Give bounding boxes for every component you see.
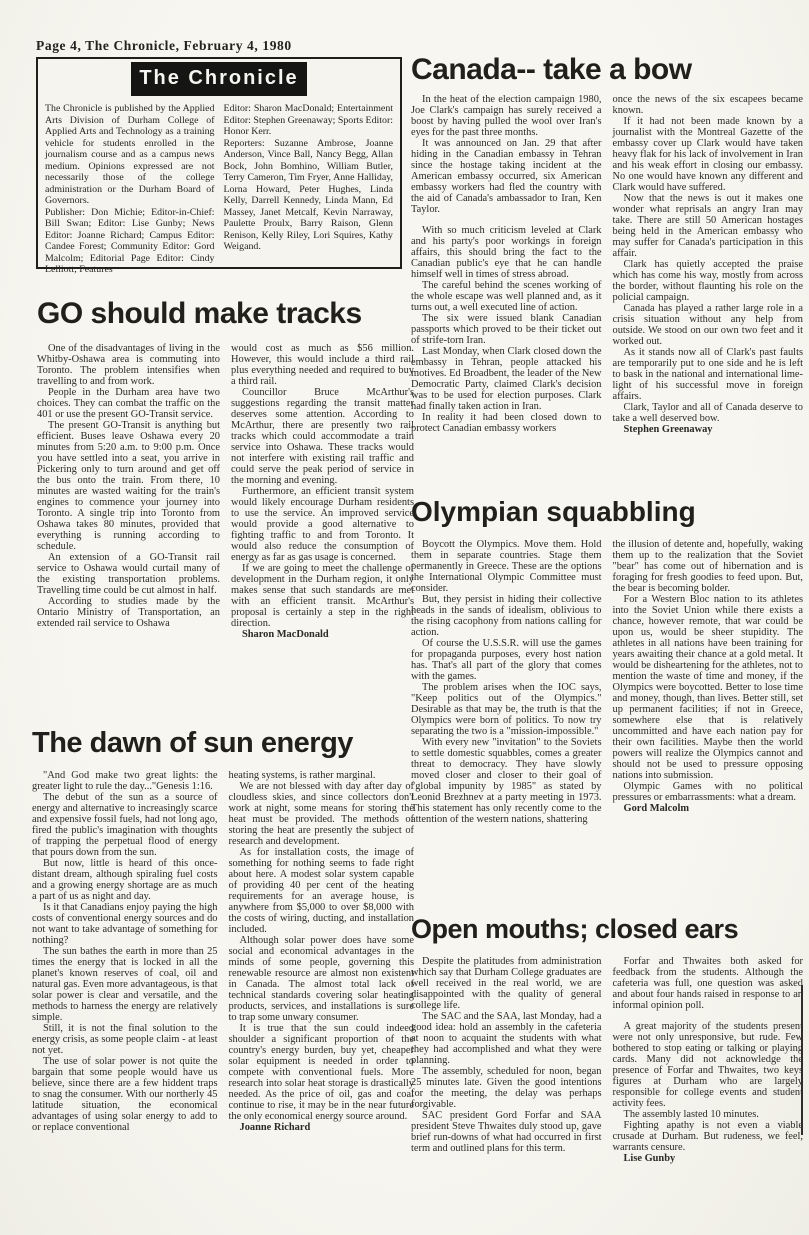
newspaper-page: Page 4, The Chronicle, February 4, 1980 … [0, 0, 809, 1235]
article-title: The dawn of sun energy [32, 729, 414, 758]
article-column-1: Despite the platitudes from administrati… [411, 956, 602, 1164]
paragraph: As it stands now all of Clark's past fau… [613, 347, 804, 402]
paragraph: Olympic Games with no political pressure… [613, 781, 804, 803]
paragraph: Reporters: Suzanne Ambrose, Joanne Ander… [224, 138, 394, 253]
paragraph: Forfar and Thwaites both asked for feedb… [613, 956, 804, 1011]
article-column-1: "And God make two great lights: the grea… [32, 770, 218, 1133]
paragraph: Clark has quietly accepted the praise wh… [613, 259, 804, 303]
paragraph: "And God make two great lights: the grea… [32, 770, 218, 792]
paragraph: The present GO-Transit is anything but e… [37, 420, 220, 552]
paragraph: As for installation costs, the image of … [229, 847, 415, 935]
paragraph: The SAC and the SAA, last Monday, had a … [411, 1011, 602, 1066]
paragraph: heating systems, is rather marginal. [229, 770, 415, 781]
article-title: Olympian squabbling [411, 498, 803, 526]
paragraph: If we are going to meet the challenge of… [231, 563, 414, 629]
article-column-2: Forfar and Thwaites both asked for feedb… [613, 956, 804, 1164]
paragraph: We are not blessed with day after day of… [229, 781, 415, 847]
paragraph: With every new "invitation" to the Sovie… [411, 737, 602, 825]
paragraph: With so much criticism leveled at Clark … [411, 225, 602, 280]
article-column-2: heating systems, is rather marginal.We a… [229, 770, 415, 1133]
article-column-2: the illusion of detente and, hopefully, … [613, 539, 804, 825]
paragraph: Furthermore, an efficient transit system… [231, 486, 414, 563]
article-columns: One of the disadvantages of living in th… [37, 343, 414, 640]
paragraph: According to studies made by the Ontario… [37, 596, 220, 629]
page-edge-rule [801, 985, 803, 1135]
article-columns: "And God make two great lights: the grea… [32, 770, 414, 1133]
paragraph: An extension of a GO-Transit rail servic… [37, 552, 220, 596]
article-columns: In the heat of the election campaign 198… [411, 94, 803, 435]
paragraph: Although solar power does have some soci… [229, 935, 415, 1023]
article-byline: Lise Gunby [613, 1153, 804, 1164]
paragraph: The assembly, scheduled for noon, began … [411, 1066, 602, 1110]
paragraph: Is it that Canadians enjoy paying the hi… [32, 902, 218, 946]
article-column-2-text: the illusion of detente and, hopefully, … [613, 539, 804, 803]
article-column-2-text: heating systems, is rather marginal.We a… [229, 770, 415, 1122]
paragraph: the illusion of detente and, hopefully, … [613, 539, 804, 594]
article-title: Open mouths; closed ears [411, 916, 803, 943]
paragraph: Despite the platitudes from administrati… [411, 956, 602, 1011]
article-dawn-of-sun-energy: The dawn of sun energy "And God make two… [32, 729, 414, 1133]
paragraph: In the heat of the election campaign 198… [411, 94, 602, 138]
article-column-1: In the heat of the election campaign 198… [411, 94, 602, 435]
paragraph: The careful behind the scenes working of… [411, 280, 602, 313]
paragraph: Boycott the Olympics. Move them. Hold th… [411, 539, 602, 594]
paragraph: It is true that the sun could indeed sho… [229, 1023, 415, 1122]
paragraph: The Chronicle is published by the Applie… [45, 103, 215, 207]
article-column-2: would cost as much as $56 million. Howev… [231, 343, 414, 640]
article-go-should-make-tracks: GO should make tracks One of the disadva… [37, 299, 414, 640]
masthead-columns: The Chronicle is published by the Applie… [38, 103, 400, 276]
paragraph: Fighting apathy is not even a viable cru… [613, 1120, 804, 1153]
masthead-column-right: Editor: Sharon MacDonald; Entertainment … [224, 103, 394, 276]
paragraph: If it had not been made known by a journ… [613, 116, 804, 193]
article-canada-take-a-bow: Canada-- take a bow In the heat of the e… [411, 55, 803, 435]
paragraph: The problem arises when the IOC says, "K… [411, 682, 602, 737]
paragraph: would cost as much as $56 million. Howev… [231, 343, 414, 387]
paragraph: SAC president Gord Forfar and SAA presid… [411, 1110, 602, 1154]
article-columns: Boycott the Olympics. Move them. Hold th… [411, 539, 803, 825]
paragraph: One of the disadvantages of living in th… [37, 343, 220, 387]
masthead-title: The Chronicle [131, 62, 307, 96]
article-byline: Joanne Richard [229, 1122, 415, 1133]
article-byline: Sharon MacDonald [231, 629, 414, 640]
article-columns: Despite the platitudes from administrati… [411, 956, 803, 1164]
paragraph: Publisher: Don Michie; Editor-in-Chief: … [45, 207, 215, 276]
paragraph: once the news of the six escapees became… [613, 94, 804, 116]
paragraph: Now that the news is out it makes one wo… [613, 193, 804, 259]
paragraph: The debut of the sun as a source of ener… [32, 792, 218, 858]
article-column-2-text: Forfar and Thwaites both asked for feedb… [613, 956, 804, 1153]
paragraph: But, they persist in hiding their collec… [411, 594, 602, 638]
paragraph: Councillor Bruce McArthur's suggestions … [231, 387, 414, 486]
paragraph: The six were issued blank Canadian passp… [411, 313, 602, 346]
paragraph: People in the Durham area have two choic… [37, 387, 220, 420]
article-column-2-text: would cost as much as $56 million. Howev… [231, 343, 414, 629]
article-column-1: One of the disadvantages of living in th… [37, 343, 220, 640]
paragraph: For a Western Bloc nation to its athlete… [613, 594, 804, 781]
paragraph: Editor: Sharon MacDonald; Entertainment … [224, 103, 394, 138]
article-title: GO should make tracks [37, 299, 414, 329]
article-byline: Stephen Greenaway [613, 424, 804, 435]
paragraph: The use of solar power is not quite the … [32, 1056, 218, 1133]
article-byline: Gord Malcolm [613, 803, 804, 814]
article-olympian-squabbling: Olympian squabbling Boycott the Olympics… [411, 498, 803, 825]
paragraph: Still, it is not the final solution to t… [32, 1023, 218, 1056]
paragraph: Canada has played a rather large role in… [613, 303, 804, 347]
article-column-2: once the news of the six escapees became… [613, 94, 804, 435]
paragraph: Of course the U.S.S.R. will use the game… [411, 638, 602, 682]
article-column-1: Boycott the Olympics. Move them. Hold th… [411, 539, 602, 825]
paragraph: The assembly lasted 10 minutes. [613, 1109, 804, 1120]
paragraph: A great majority of the students present… [613, 1021, 804, 1109]
paragraph: But now, little is heard of this once-di… [32, 858, 218, 902]
article-column-2-text: once the news of the six escapees became… [613, 94, 804, 424]
paragraph: Clark, Taylor and all of Canada deserve … [613, 402, 804, 424]
paragraph: In reality it had been closed down to pr… [411, 412, 602, 434]
page-header: Page 4, The Chronicle, February 4, 1980 [36, 38, 292, 54]
masthead-column-left: The Chronicle is published by the Applie… [45, 103, 215, 276]
paragraph: It was announced on Jan. 29 that after h… [411, 138, 602, 215]
paragraph: The sun bathes the earth in more than 25… [32, 946, 218, 1023]
article-title: Canada-- take a bow [411, 55, 803, 85]
masthead-box: The Chronicle The Chronicle is published… [36, 57, 402, 269]
paragraph: Last Monday, when Clark closed down the … [411, 346, 602, 412]
article-open-mouths-closed-ears: Open mouths; closed ears Despite the pla… [411, 916, 803, 1164]
